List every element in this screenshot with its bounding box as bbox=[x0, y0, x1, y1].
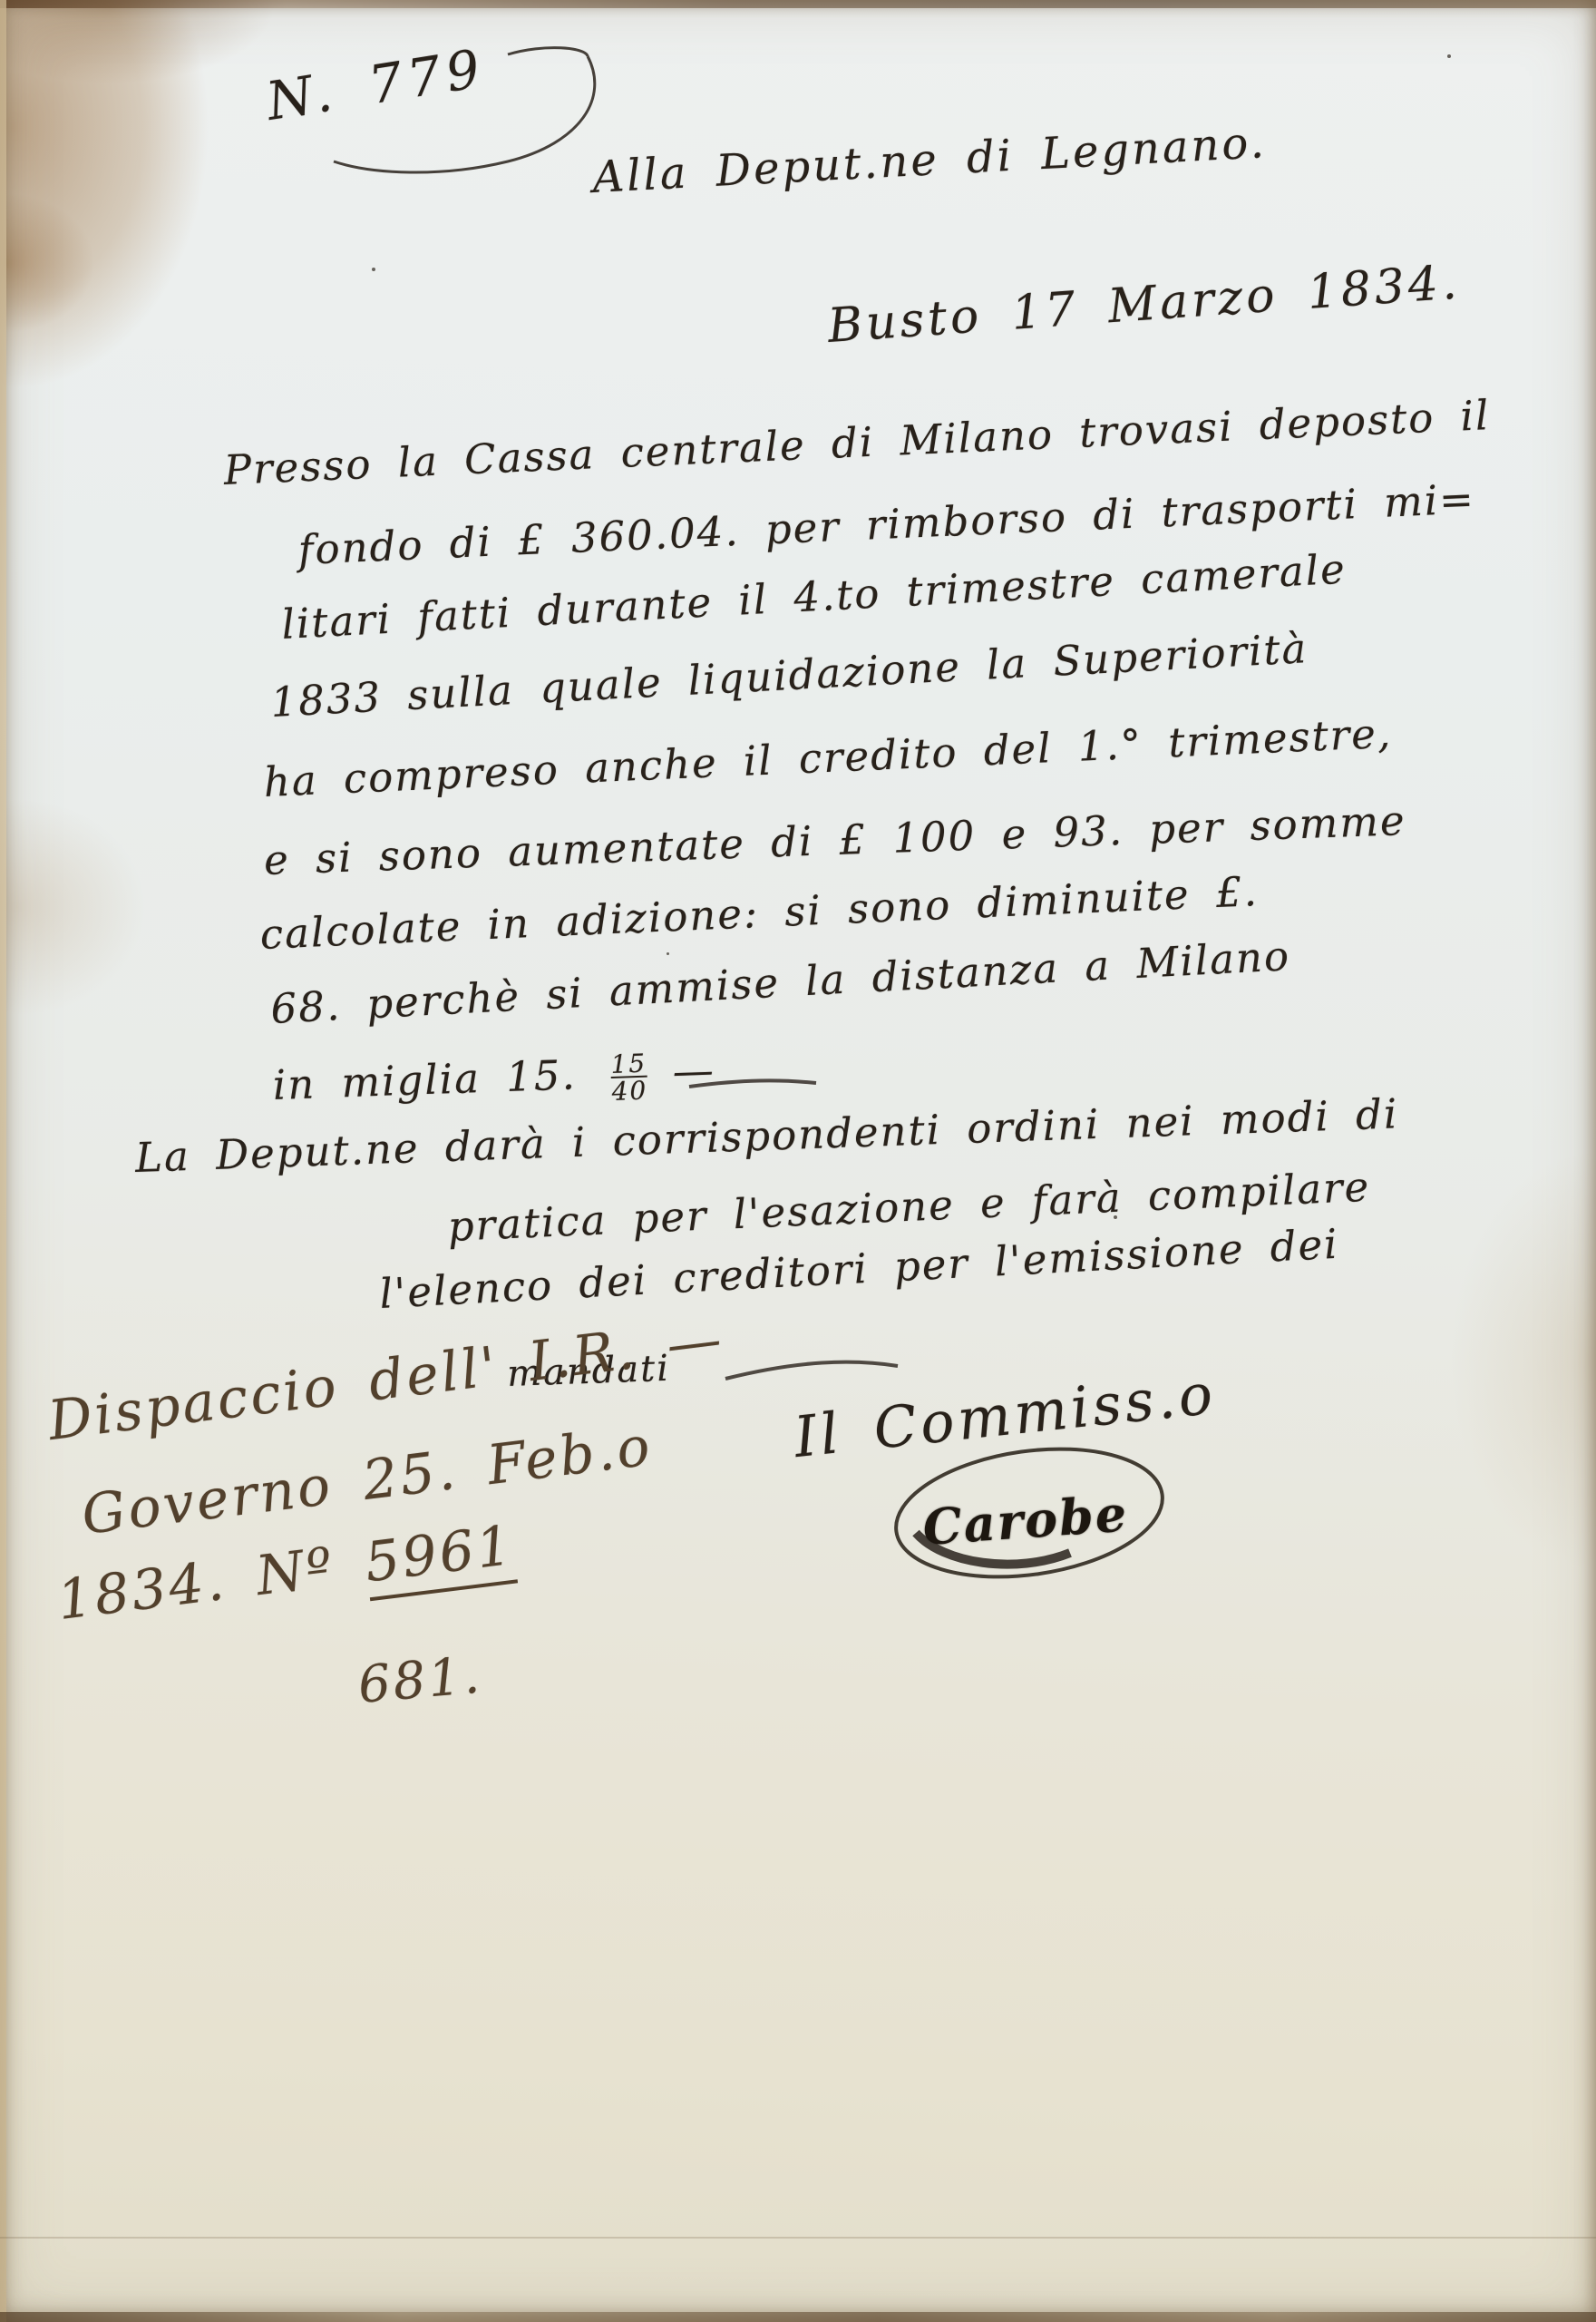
annotation-protocol-number: 5961 bbox=[362, 1514, 519, 1601]
mandati-swash bbox=[725, 1362, 898, 1379]
fraction-prefix: in miglia 15. bbox=[272, 1050, 578, 1109]
recipient-line: Alla Deput.ne di Legnano. bbox=[591, 117, 1268, 203]
fraction-suffix: — bbox=[672, 1046, 716, 1096]
annotation-line-4: 681. bbox=[355, 1645, 484, 1715]
letter-page: N. 779 Alla Deput.ne di Legnano. Busto 1… bbox=[0, 0, 1596, 2322]
ink-speck bbox=[372, 268, 375, 271]
dateline: Busto 17 Marzo 1834. bbox=[826, 255, 1463, 354]
protocol-number: N. 779 bbox=[262, 37, 489, 132]
signature-title: Il Commiss.o bbox=[791, 1361, 1219, 1470]
ink-speck bbox=[667, 952, 669, 955]
ink-speck bbox=[1447, 54, 1451, 58]
paper-left-edge bbox=[0, 0, 6, 2322]
ink-speck bbox=[1114, 1215, 1117, 1219]
annotation-year-number: 1834. Nº bbox=[54, 1532, 369, 1633]
paper-crease bbox=[0, 2237, 1596, 2239]
body-line: ha compreso anche il credito del 1.° tri… bbox=[263, 709, 1393, 806]
signature-rubric: Carobe bbox=[921, 1484, 1130, 1556]
body-line: Presso la Cassa centrale di Milano trova… bbox=[223, 391, 1492, 494]
mileage-fraction: 15 40 bbox=[610, 1051, 647, 1104]
body-line-fraction: in miglia 15. 15 40 — bbox=[272, 1046, 716, 1116]
